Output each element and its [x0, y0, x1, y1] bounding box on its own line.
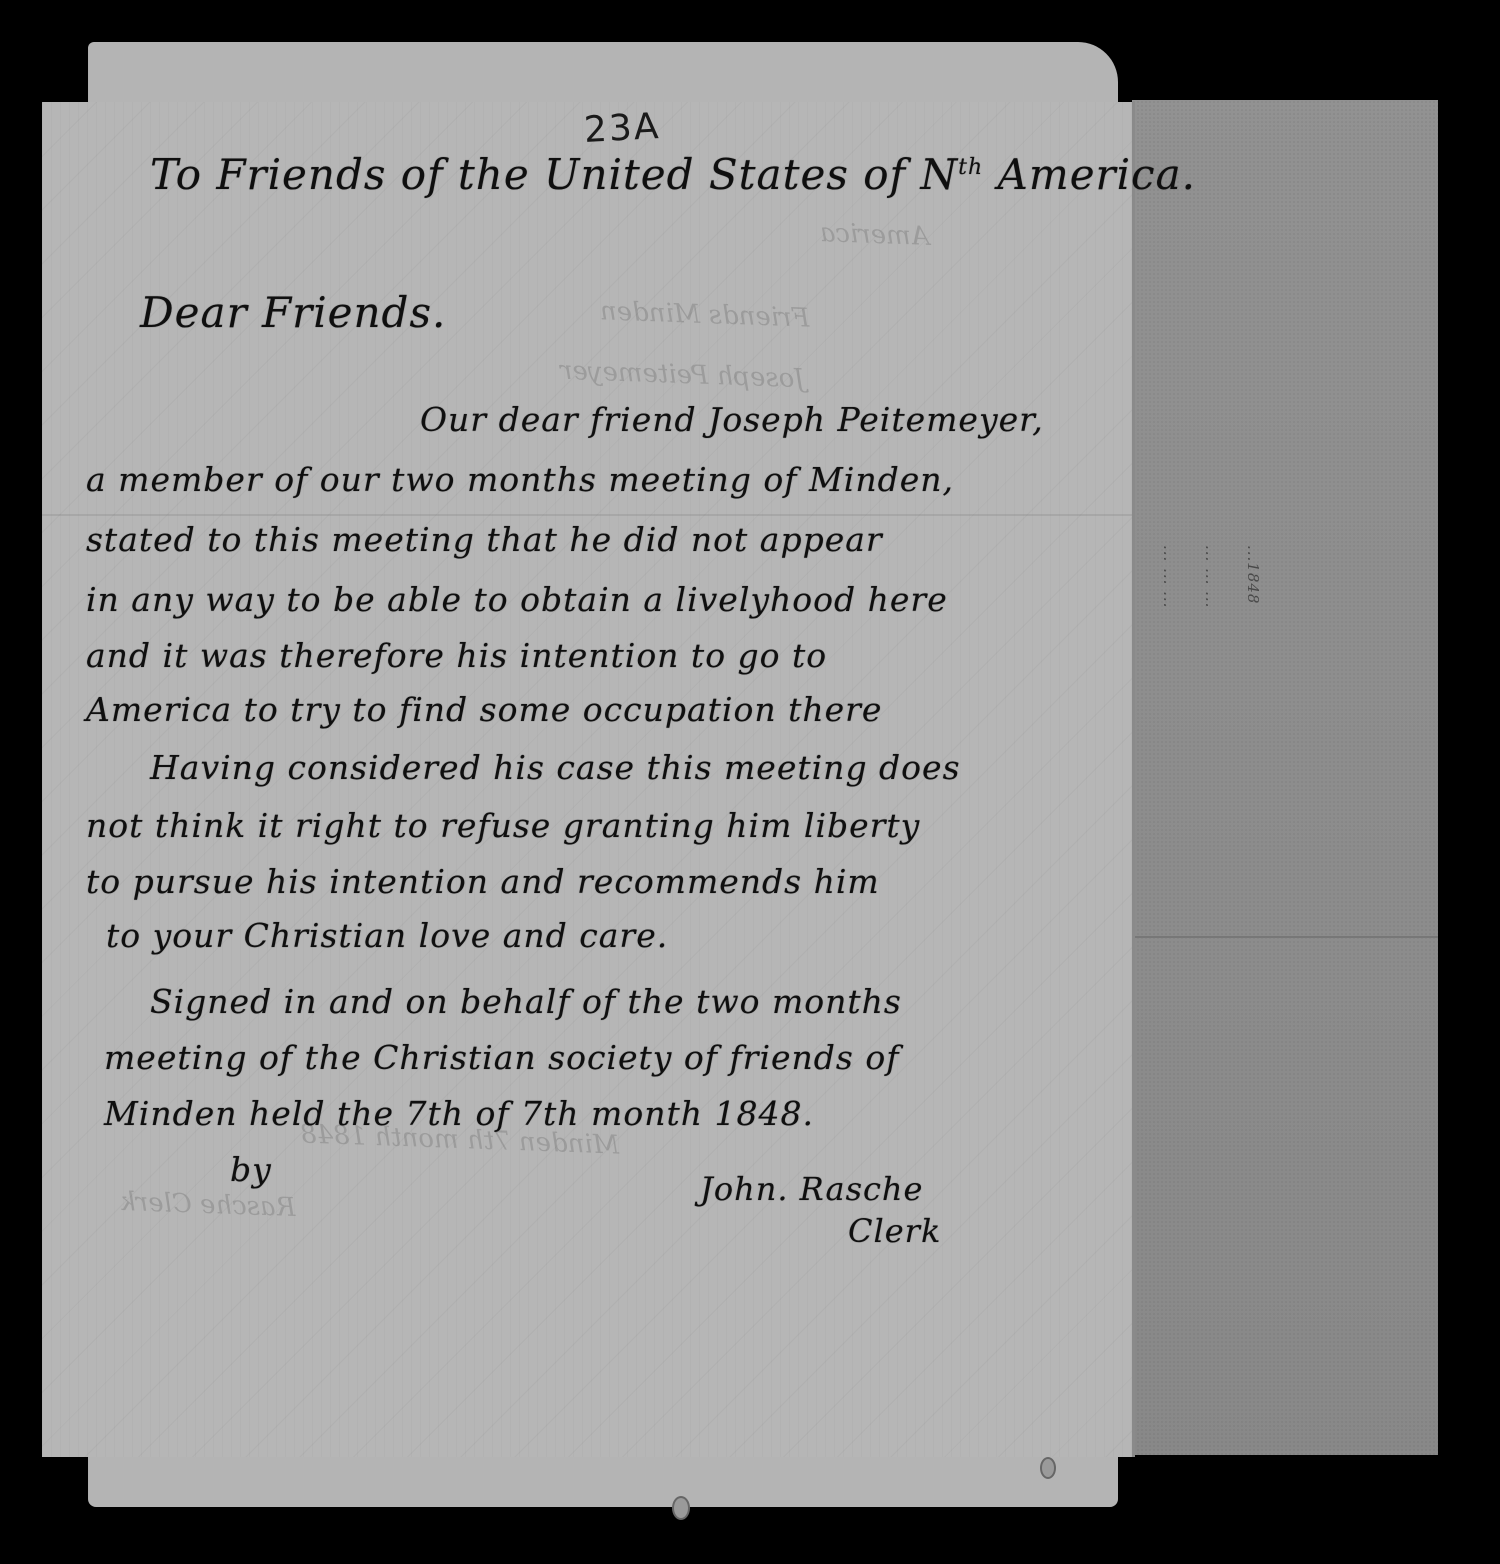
docket-line: ... ... ...: [1202, 545, 1220, 925]
address-text: To Friends of the United States of N: [150, 150, 958, 199]
closing-line: meeting of the Christian society of frie…: [104, 1038, 899, 1077]
body-line: to your Christian love and care.: [106, 916, 668, 955]
body-line: not think it right to refuse granting hi…: [86, 806, 920, 845]
body-line: in any way to be able to obtain a lively…: [86, 580, 948, 619]
bleed-through-text: America: [820, 218, 931, 252]
closing-line: Minden held the 7th of 7th month 1848.: [104, 1094, 814, 1133]
body-line: stated to this meeting that he did not a…: [86, 520, 883, 559]
signatory-title: Clerk: [848, 1212, 941, 1250]
fold-line: [1132, 936, 1438, 938]
paper-stain: [1040, 1457, 1056, 1479]
closing-line: Signed in and on behalf of the two month…: [150, 982, 902, 1021]
body-line: America to try to find some occupation t…: [86, 690, 882, 729]
body-line: to pursue his intention and recommends h…: [86, 862, 880, 901]
salutation: Dear Friends.: [140, 288, 446, 337]
paper-stain: [672, 1496, 690, 1520]
docket-endorsement: ...1848 ... ... ... ... ... ...: [1160, 545, 1310, 925]
bleed-through-text: Rasche Clerk: [120, 1187, 297, 1223]
by-line: by: [230, 1150, 272, 1189]
body-line: Having considered his case this meeting …: [150, 748, 961, 787]
docket-line: ...1848: [1244, 545, 1262, 925]
signature: John. Rasche: [700, 1170, 923, 1208]
body-line: and it was therefore his intention to go…: [86, 636, 827, 675]
fold-line: [42, 514, 1132, 516]
archive-page-number: 23A: [583, 106, 661, 151]
body-line: Our dear friend Joseph Peitemeyer,: [420, 400, 1044, 439]
docket-line: ... ... ...: [1160, 545, 1178, 925]
address-text: America.: [983, 150, 1196, 199]
body-line: a member of our two months meeting of Mi…: [86, 460, 954, 499]
letter-address: To Friends of the United States of Nth A…: [150, 150, 1196, 199]
address-superscript: th: [958, 155, 983, 180]
